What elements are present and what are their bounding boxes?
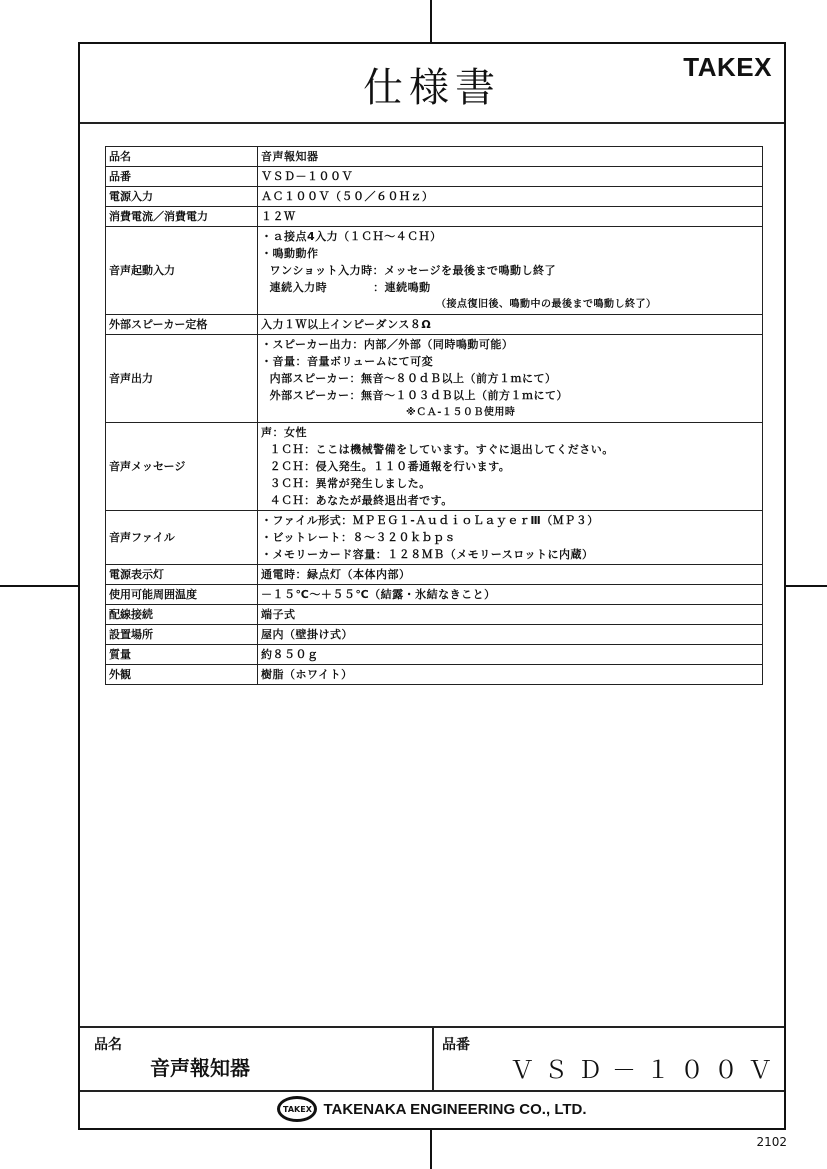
- spec-label: 消費電流／消費電力: [106, 207, 258, 227]
- spec-value-line: ・ビットレート：８～３２０ｋｂｐｓ: [261, 529, 759, 546]
- spec-value: ・スピーカー出力：内部／外部（同時鳴動可能）・音量：音量ボリュームにて可変 内部…: [258, 335, 763, 423]
- spec-value-line: １２Ｗ: [261, 208, 759, 225]
- registration-mark-left: [0, 585, 78, 587]
- spec-value: 通電時：緑点灯（本体内部）: [258, 565, 763, 585]
- spec-value-line: 通電時：緑点灯（本体内部）: [261, 566, 759, 583]
- spec-value: ・ファイル形式：ＭＰＥＧ１-ＡｕｄｉｏＬａｙｅｒⅢ（ＭＰ３）・ビットレート：８～…: [258, 511, 763, 565]
- spec-row: 音声起動入力・ａ接点4入力（１ＣＨ～４ＣＨ）・鳴動動作 ワンショット入力時：メッ…: [106, 227, 763, 315]
- company-name: TAKENAKA ENGINEERING CO., LTD.: [323, 1101, 586, 1118]
- spec-value: 入力１Ｗ以上インピーダンス８Ω: [258, 315, 763, 335]
- spec-label: 外部スピーカー定格: [106, 315, 258, 335]
- spec-label: 質量: [106, 645, 258, 665]
- footer-model-value: ＶＳＤ－１００Ｖ: [510, 1050, 782, 1085]
- footer-name-value: 音声報知器: [150, 1052, 250, 1081]
- spec-value-line: ・鳴動動作: [261, 245, 759, 262]
- registration-mark-bottom: [430, 1130, 432, 1169]
- document-number: 2102: [756, 1135, 787, 1149]
- spec-value: 端子式: [258, 605, 763, 625]
- spec-row: 音声ファイル・ファイル形式：ＭＰＥＧ１-ＡｕｄｉｏＬａｙｅｒⅢ（ＭＰ３）・ビット…: [106, 511, 763, 565]
- spec-value-line: ・スピーカー出力：内部／外部（同時鳴動可能）: [261, 336, 759, 353]
- footer-title-block: 品名 音声報知器 品番 ＶＳＤ－１００Ｖ: [80, 1026, 784, 1092]
- spec-value: １２Ｗ: [258, 207, 763, 227]
- spec-value-line: ＡＣ１００Ｖ（５０／６０Ｈｚ）: [261, 188, 759, 205]
- registration-mark-top: [430, 0, 432, 42]
- spec-label: 外観: [106, 665, 258, 685]
- spec-label: 電源表示灯: [106, 565, 258, 585]
- spec-value-line: 連続入力時 ：連続鳴動: [261, 279, 759, 296]
- footer-divider: [432, 1028, 434, 1090]
- spec-label: 品番: [106, 167, 258, 187]
- page-title: 仕様書: [80, 56, 784, 113]
- spec-label: 音声起動入力: [106, 227, 258, 315]
- spec-value-line: ＶＳＤ－１００Ｖ: [261, 168, 759, 185]
- spec-value-line: 外部スピーカー：無音～１０３ｄＢ以上（前方１ｍにて）: [261, 387, 759, 404]
- spec-value: ＶＳＤ－１００Ｖ: [258, 167, 763, 187]
- spec-note: （接点復旧後、鳴動中の最後まで鳴動し終了）: [261, 296, 759, 313]
- spec-row: 質量約８５０ｇ: [106, 645, 763, 665]
- spec-label: 使用可能周囲温度: [106, 585, 258, 605]
- spec-value: 屋内（壁掛け式）: [258, 625, 763, 645]
- spec-value-line: 音声報知器: [261, 148, 759, 165]
- spec-row: 外部スピーカー定格入力１Ｗ以上インピーダンス８Ω: [106, 315, 763, 335]
- spec-label: 配線接続: [106, 605, 258, 625]
- spec-value: ・ａ接点4入力（１ＣＨ～４ＣＨ）・鳴動動作 ワンショット入力時：メッセージを最後…: [258, 227, 763, 315]
- document-frame: 仕様書 TAKEX 品名音声報知器品番ＶＳＤ－１００Ｖ電源入力ＡＣ１００Ｖ（５０…: [78, 42, 786, 1130]
- spec-label: 設置場所: [106, 625, 258, 645]
- spec-value: 樹脂（ホワイト）: [258, 665, 763, 685]
- spec-value-line: ・メモリーカード容量：１２８ＭＢ（メモリースロットに内蔵）: [261, 546, 759, 563]
- spec-value-line: 屋内（壁掛け式）: [261, 626, 759, 643]
- spec-value-line: 入力１Ｗ以上インピーダンス８Ω: [261, 316, 759, 333]
- spec-label: 音声出力: [106, 335, 258, 423]
- spec-value-line: ・音量：音量ボリュームにて可変: [261, 353, 759, 370]
- spec-row: 使用可能周囲温度－１５℃～＋５５℃（結露・氷結なきこと）: [106, 585, 763, 605]
- spec-row: 電源入力ＡＣ１００Ｖ（５０／６０Ｈｚ）: [106, 187, 763, 207]
- spec-value-line: ４ＣＨ：あなたが最終退出者です。: [261, 492, 759, 509]
- spec-label: 電源入力: [106, 187, 258, 207]
- spec-row: 消費電流／消費電力１２Ｗ: [106, 207, 763, 227]
- spec-note: ※ＣＡ-１５０Ｂ使用時: [261, 404, 759, 421]
- spec-value: ＡＣ１００Ｖ（５０／６０Ｈｚ）: [258, 187, 763, 207]
- spec-value: 声：女性 １ＣＨ：ここは機械警備をしています。すぐに退出してください。 ２ＣＨ：…: [258, 423, 763, 511]
- spec-label: 音声ファイル: [106, 511, 258, 565]
- spec-label: 音声メッセージ: [106, 423, 258, 511]
- spec-row: 電源表示灯通電時：緑点灯（本体内部）: [106, 565, 763, 585]
- company-block: TAKEX TAKENAKA ENGINEERING CO., LTD.: [80, 1090, 784, 1128]
- spec-label: 品名: [106, 147, 258, 167]
- spec-row: 品名音声報知器: [106, 147, 763, 167]
- spec-value-line: 樹脂（ホワイト）: [261, 666, 759, 683]
- spec-row: 配線接続端子式: [106, 605, 763, 625]
- takex-logo-icon: TAKEX: [277, 1096, 317, 1122]
- spec-row: 音声出力・スピーカー出力：内部／外部（同時鳴動可能）・音量：音量ボリュームにて可…: [106, 335, 763, 423]
- spec-row: 外観樹脂（ホワイト）: [106, 665, 763, 685]
- spec-value-line: ・ファイル形式：ＭＰＥＧ１-ＡｕｄｉｏＬａｙｅｒⅢ（ＭＰ３）: [261, 512, 759, 529]
- spec-value: 約８５０ｇ: [258, 645, 763, 665]
- brand-logo: TAKEX: [683, 52, 772, 83]
- spec-value-line: ・ａ接点4入力（１ＣＨ～４ＣＨ）: [261, 228, 759, 245]
- spec-row: 設置場所屋内（壁掛け式）: [106, 625, 763, 645]
- footer-model-label: 品番: [442, 1034, 470, 1054]
- spec-value-line: 端子式: [261, 606, 759, 623]
- spec-value-line: －１５℃～＋５５℃（結露・氷結なきこと）: [261, 586, 759, 603]
- spec-table: 品名音声報知器品番ＶＳＤ－１００Ｖ電源入力ＡＣ１００Ｖ（５０／６０Ｈｚ）消費電流…: [105, 146, 763, 685]
- spec-row: 音声メッセージ声：女性 １ＣＨ：ここは機械警備をしています。すぐに退出してくださ…: [106, 423, 763, 511]
- spec-value-line: ワンショット入力時：メッセージを最後まで鳴動し終了: [261, 262, 759, 279]
- footer-name-label: 品名: [94, 1034, 122, 1054]
- spec-value-line: １ＣＨ：ここは機械警備をしています。すぐに退出してください。: [261, 441, 759, 458]
- logo-text: TAKEX: [283, 1105, 312, 1114]
- spec-value-line: ３ＣＨ：異常が発生しました。: [261, 475, 759, 492]
- spec-value-line: 内部スピーカー：無音～８０ｄＢ以上（前方１ｍにて）: [261, 370, 759, 387]
- spec-row: 品番ＶＳＤ－１００Ｖ: [106, 167, 763, 187]
- title-band: 仕様書 TAKEX: [80, 44, 784, 124]
- spec-value: －１５℃～＋５５℃（結露・氷結なきこと）: [258, 585, 763, 605]
- spec-value-line: 約８５０ｇ: [261, 646, 759, 663]
- spec-value-line: 声：女性: [261, 424, 759, 441]
- spec-value-line: ２ＣＨ：侵入発生。１１０番通報を行います。: [261, 458, 759, 475]
- registration-mark-right: [786, 585, 827, 587]
- spec-value: 音声報知器: [258, 147, 763, 167]
